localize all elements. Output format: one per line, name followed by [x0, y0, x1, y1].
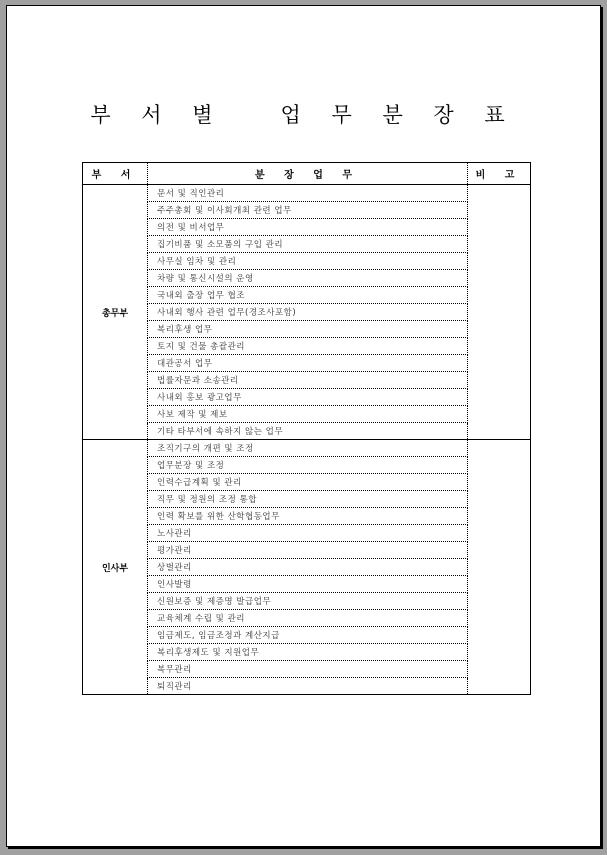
table-row: 노사관리 [83, 525, 531, 542]
duty-cell: 기타 타부서에 속하지 않는 업무 [148, 423, 468, 440]
table-row: 인사발령 [83, 576, 531, 593]
table-row: 의전 및 비서업무 [83, 219, 531, 236]
department-cell: 인사부 [83, 440, 148, 695]
document-title: 부 서 별 업 무 분 장 표 [7, 99, 600, 129]
remarks-cell [468, 440, 531, 695]
duty-cell: 인력 확보를 위한 산학협동업무 [148, 508, 468, 525]
department-cell: 총무부 [83, 185, 148, 440]
table-row: 평가관리 [83, 542, 531, 559]
duty-cell: 의전 및 비서업무 [148, 219, 468, 236]
table-row: 사내외 홍보 광고업무 [83, 389, 531, 406]
duty-cell: 교육체계 수립 및 관리 [148, 610, 468, 627]
table-row: 기타 타부서에 속하지 않는 업무 [83, 423, 531, 440]
table-row: 업무분장 및 조정 [83, 457, 531, 474]
duty-cell: 직무 및 정원의 조정 통합 [148, 491, 468, 508]
duty-cell: 복무관리 [148, 661, 468, 678]
duty-cell: 대관공서 업무 [148, 355, 468, 372]
duty-cell: 토지 및 건물 총괄관리 [148, 338, 468, 355]
header-department: 부 서 [83, 163, 148, 185]
duty-cell: 업무분장 및 조정 [148, 457, 468, 474]
duty-cell: 복리후생 업무 [148, 321, 468, 338]
table-row: 사내외 행사 관련 업무(경조사포함) [83, 304, 531, 321]
duty-cell: 주주총회 및 이사회개최 관련 업무 [148, 202, 468, 219]
duty-cell: 법률자문과 소송관리 [148, 372, 468, 389]
duty-cell: 차량 및 통신시설의 운영 [148, 270, 468, 287]
duty-cell: 퇴직관리 [148, 678, 468, 695]
table-row: 대관공서 업무 [83, 355, 531, 372]
table-row: 법률자문과 소송관리 [83, 372, 531, 389]
table-row: 사무실 임차 및 관리 [83, 253, 531, 270]
duty-cell: 국내외 출장 업무 협조 [148, 287, 468, 304]
duty-cell: 사무실 임차 및 관리 [148, 253, 468, 270]
header-duties: 분 장 업 무 [148, 163, 468, 185]
table-row: 국내외 출장 업무 협조 [83, 287, 531, 304]
duty-cell: 문서 및 직인관리 [148, 185, 468, 202]
table-row: 인사부조직기구의 개편 및 조정 [83, 440, 531, 457]
header-remarks: 비 고 [468, 163, 531, 185]
duty-cell: 복리후생제도 및 지원업무 [148, 644, 468, 661]
table-row: 인력수급계획 및 관리 [83, 474, 531, 491]
table-row: 퇴직관리 [83, 678, 531, 695]
duty-cell: 평가관리 [148, 542, 468, 559]
duty-cell: 사내외 행사 관련 업무(경조사포함) [148, 304, 468, 321]
table-row: 복리후생 업무 [83, 321, 531, 338]
table-row: 총무부문서 및 직인관리 [83, 185, 531, 202]
duty-cell: 사내외 홍보 광고업무 [148, 389, 468, 406]
table-row: 교육체계 수립 및 관리 [83, 610, 531, 627]
table-row: 직무 및 정원의 조정 통합 [83, 491, 531, 508]
table-row: 사보 제작 및 제보 [83, 406, 531, 423]
duty-cell: 임금제도, 임금조정과 계산지급 [148, 627, 468, 644]
table-row: 상벌관리 [83, 559, 531, 576]
table-row: 토지 및 건물 총괄관리 [83, 338, 531, 355]
table-row: 복리후생제도 및 지원업무 [83, 644, 531, 661]
document-page: 부 서 별 업 무 분 장 표 부 서 분 장 업 무 비 고 총무부문서 및 … [6, 5, 601, 847]
table-row: 집기비품 및 소모품의 구입 관리 [83, 236, 531, 253]
remarks-cell [468, 185, 531, 440]
table-body: 총무부문서 및 직인관리주주총회 및 이사회개최 관련 업무의전 및 비서업무집… [83, 185, 531, 695]
table-row: 신원보증 및 제증명 발급업무 [83, 593, 531, 610]
duty-cell: 신원보증 및 제증명 발급업무 [148, 593, 468, 610]
duty-cell: 사보 제작 및 제보 [148, 406, 468, 423]
duty-cell: 상벌관리 [148, 559, 468, 576]
duty-cell: 집기비품 및 소모품의 구입 관리 [148, 236, 468, 253]
duty-cell: 노사관리 [148, 525, 468, 542]
duty-cell: 조직기구의 개편 및 조정 [148, 440, 468, 457]
table-row: 복무관리 [83, 661, 531, 678]
duty-cell: 인사발령 [148, 576, 468, 593]
table-row: 주주총회 및 이사회개최 관련 업무 [83, 202, 531, 219]
table-row: 임금제도, 임금조정과 계산지급 [83, 627, 531, 644]
duty-cell: 인력수급계획 및 관리 [148, 474, 468, 491]
table-header-row: 부 서 분 장 업 무 비 고 [83, 163, 531, 185]
duty-allocation-table: 부 서 분 장 업 무 비 고 총무부문서 및 직인관리주주총회 및 이사회개최… [82, 162, 531, 695]
table-row: 차량 및 통신시설의 운영 [83, 270, 531, 287]
table-row: 인력 확보를 위한 산학협동업무 [83, 508, 531, 525]
